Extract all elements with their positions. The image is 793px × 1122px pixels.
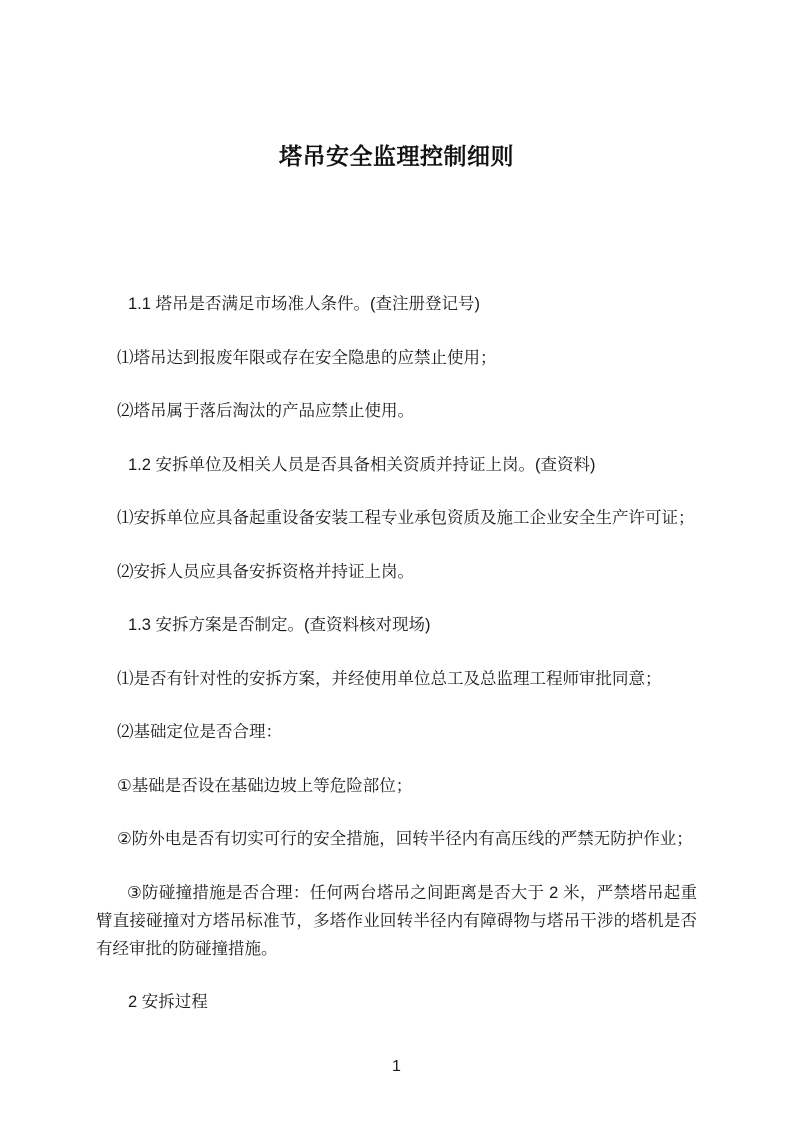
section-heading-1-2: 1.2 安拆单位及相关人员是否具备相关资质并持证上岗。(查资料) [96,451,697,479]
section-heading-1-1: 1.1 塔吊是否满足市场准人条件。(查注册登记号) [96,290,697,318]
list-item: ⑵基础定位是否合理： [96,718,697,746]
document-title: 塔吊安全监理控制细则 [96,139,697,173]
document-body: 塔吊安全监理控制细则 1.1 塔吊是否满足市场准人条件。(查注册登记号) ⑴塔吊… [96,139,697,1042]
document-page: 塔吊安全监理控制细则 1.1 塔吊是否满足市场准人条件。(查注册登记号) ⑴塔吊… [0,0,793,1122]
list-item: ⑵塔吊属于落后淘汰的产品应禁止使用。 [96,397,697,425]
section-heading-1-3: 1.3 安拆方案是否制定。(查资料核对现场) [96,611,697,639]
body-paragraph: ③防碰撞措施是否合理：任何两台塔吊之间距离是否大于 2 米，严禁塔吊起重臂直接碰… [96,879,697,963]
section-heading-2: 2 安拆过程 [96,988,697,1016]
list-item: ⑴安拆单位应具备起重设备安装工程专业承包资质及施工企业安全生产许可证； [96,504,697,532]
list-item: ②防外电是否有切实可行的安全措施，回转半径内有高压线的严禁无防护作业； [96,825,697,853]
list-item: ⑴塔吊达到报废年限或存在安全隐患的应禁止使用； [96,344,697,372]
page-number: 1 [0,1056,793,1078]
list-item: ①基础是否设在基础边坡上等危险部位； [96,772,697,800]
list-item: ⑴是否有针对性的安拆方案，并经使用单位总工及总监理工程师审批同意； [96,665,697,693]
list-item: ⑵安拆人员应具备安拆资格并持证上岗。 [96,558,697,586]
